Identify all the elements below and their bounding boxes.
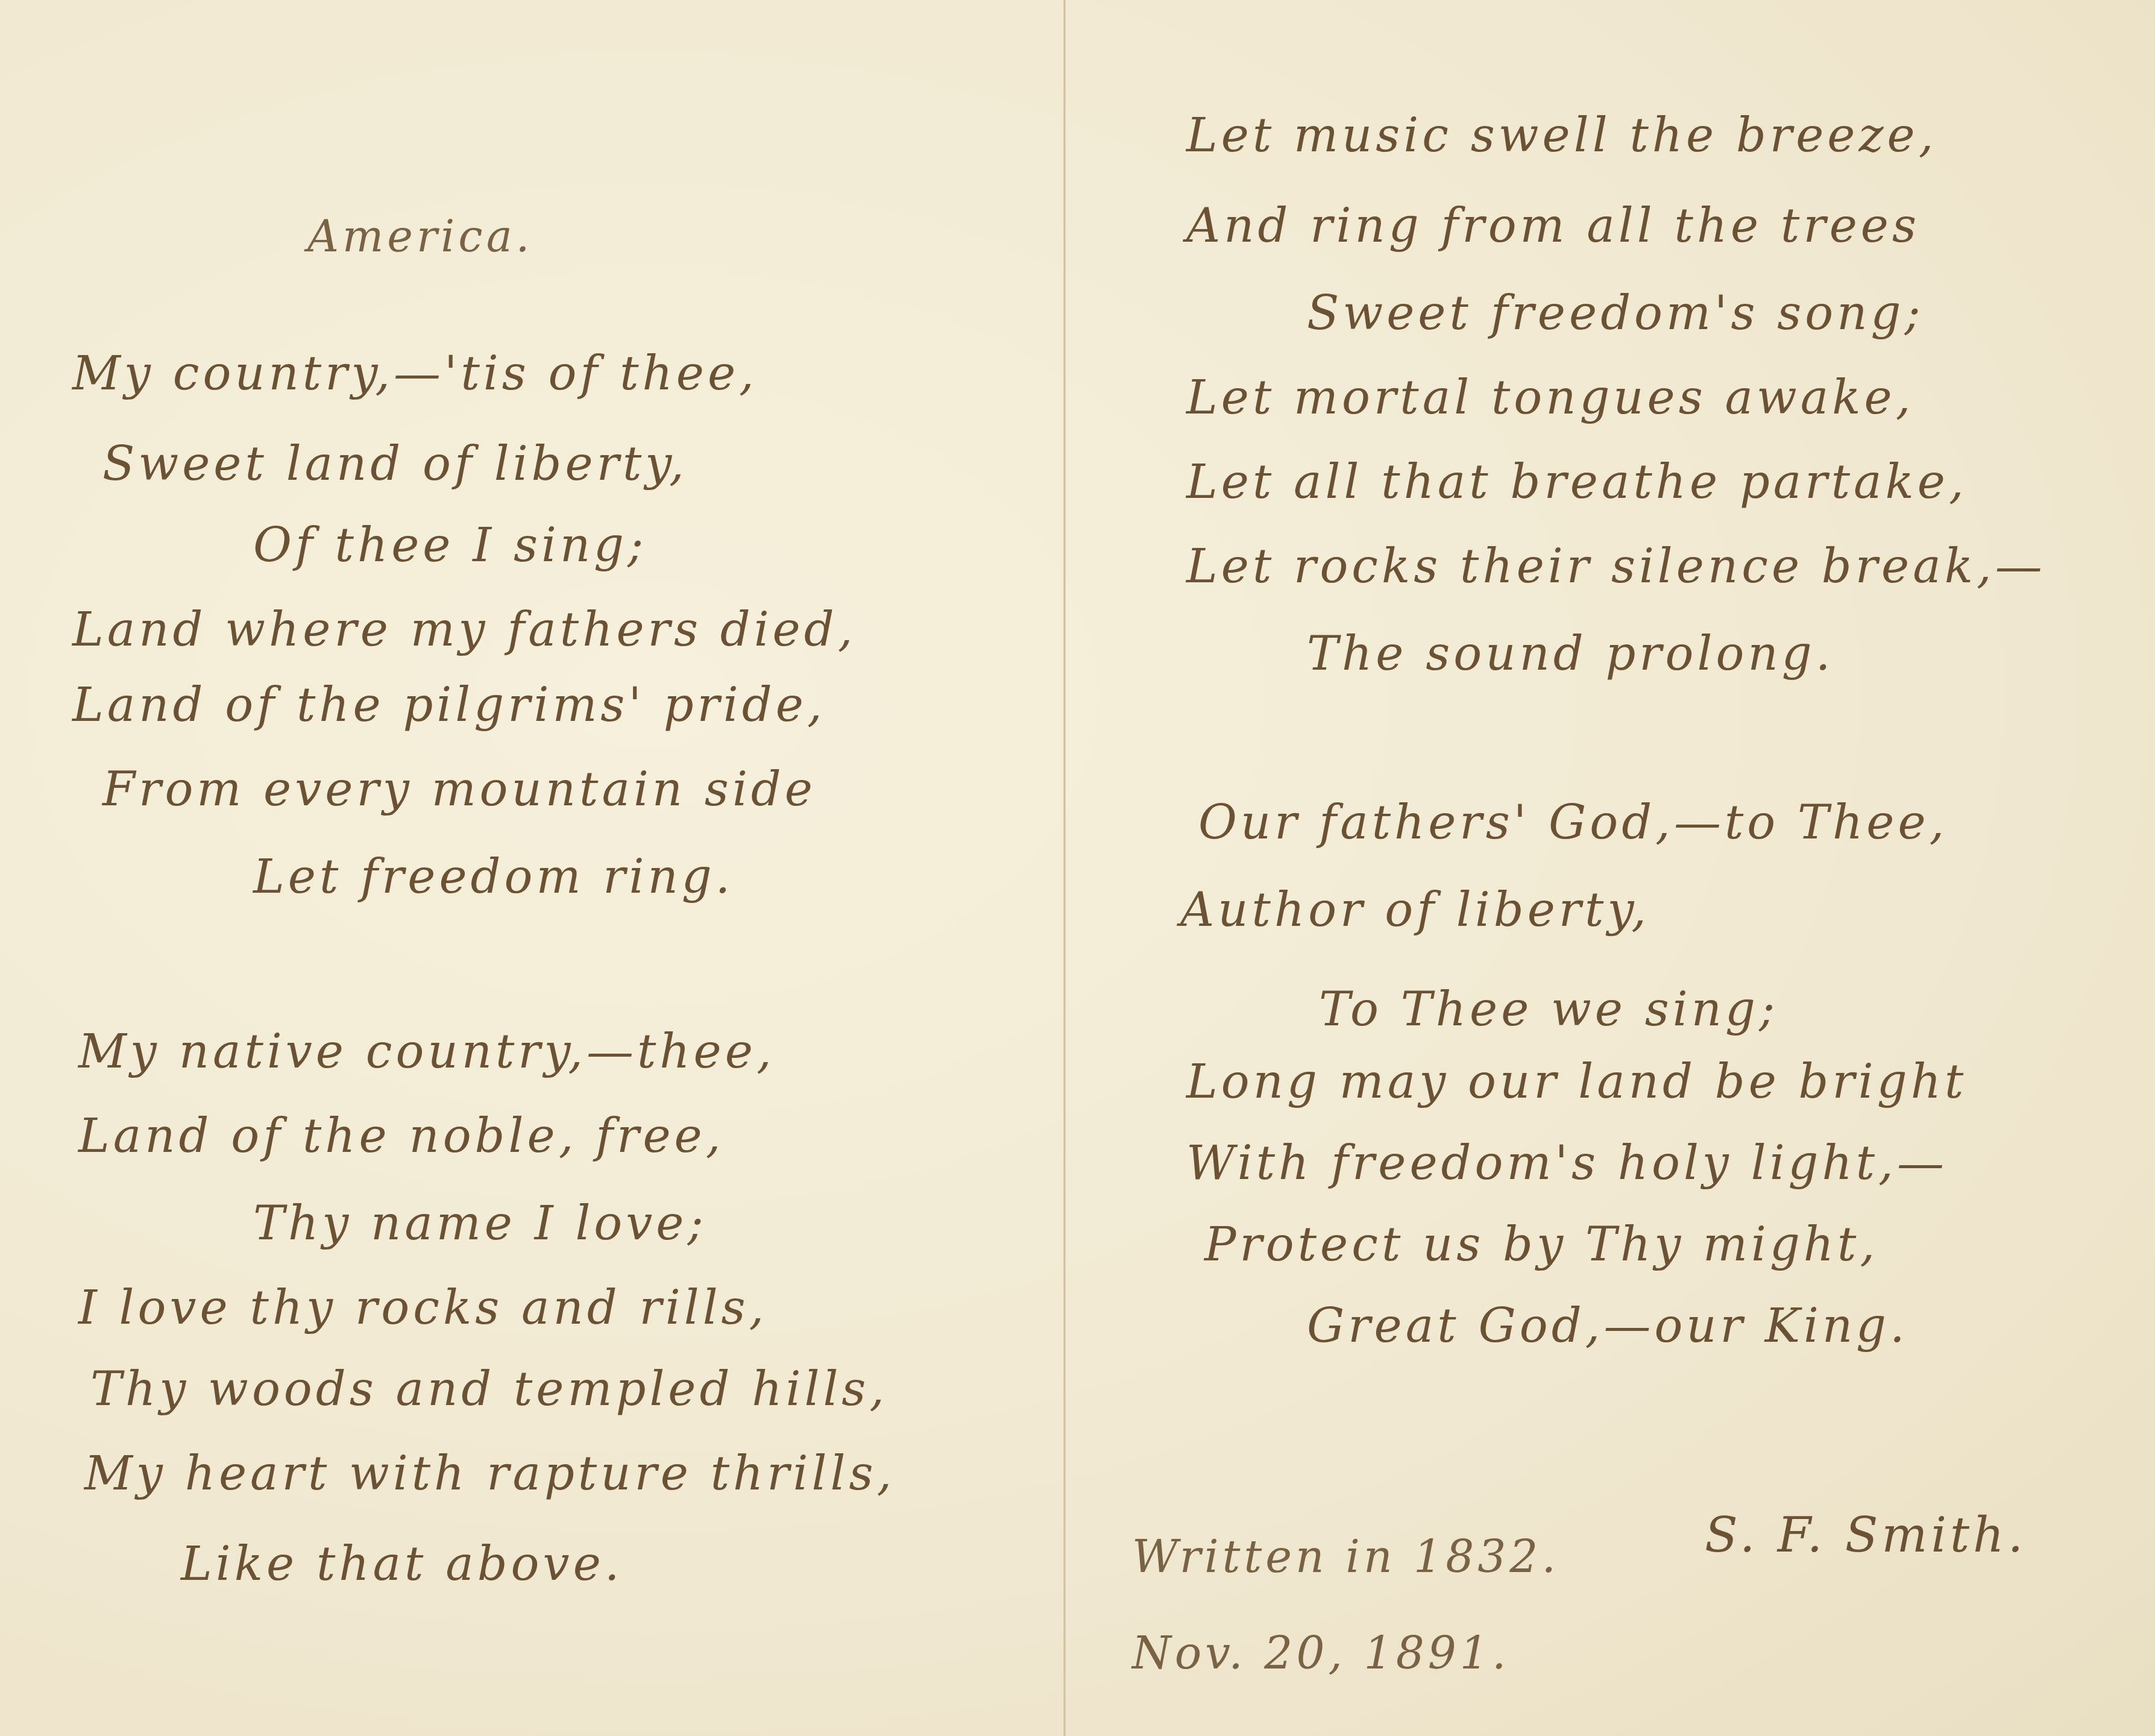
poem-line: Let all that breathe partake,	[1186, 455, 1968, 509]
poem-line: Let mortal tongues awake,	[1186, 371, 1914, 425]
poem-line: Like that above.	[181, 1537, 623, 1591]
poem-line: Let freedom ring.	[253, 850, 734, 904]
poem-line: Protect us by Thy might,	[1204, 1218, 1878, 1272]
written-note: Written in 1832.	[1132, 1531, 1559, 1583]
poem-line: Thy name I love;	[253, 1197, 707, 1251]
poem-line: And ring from all the trees	[1186, 199, 1920, 253]
poem-line: Sweet land of liberty,	[102, 437, 688, 491]
date-line: Nov. 20, 1891.	[1132, 1627, 1509, 1679]
poem-line: Land of the pilgrims' pride,	[72, 678, 826, 732]
poem-line: My native country,—thee,	[78, 1025, 775, 1079]
poem-line: Let music swell the breeze,	[1186, 108, 1937, 163]
left-page: America. My country,—'tis of thee, Sweet…	[0, 0, 1065, 1736]
manuscript-sheet: America. My country,—'tis of thee, Sweet…	[0, 0, 2155, 1736]
poem-line: Land of the noble, free,	[78, 1109, 725, 1163]
poem-line: Author of liberty,	[1180, 883, 1650, 937]
poem-line: From every mountain side	[102, 763, 816, 817]
poem-line: Great God,—our King.	[1307, 1299, 1908, 1353]
poem-title: America.	[307, 211, 533, 262]
poem-line: Let rocks their silence break,—	[1186, 539, 2046, 594]
poem-line: Thy woods and templed hills,	[90, 1362, 888, 1417]
poem-line: Of thee I sing;	[253, 518, 647, 573]
poem-line: Long may our land be bright	[1186, 1055, 1967, 1109]
poem-line: With freedom's holy light,—	[1186, 1136, 1948, 1190]
author-signature: S. F. Smith.	[1705, 1507, 2027, 1563]
poem-line: Sweet freedom's song;	[1307, 286, 1924, 341]
poem-line: The sound prolong.	[1307, 627, 1834, 681]
poem-line: To Thee we sing;	[1319, 983, 1778, 1037]
poem-line: Our fathers' God,—to Thee,	[1198, 796, 1948, 850]
poem-line: Land where my fathers died,	[72, 603, 856, 657]
right-page: Let music swell the breeze, And ring fro…	[1066, 0, 2155, 1736]
poem-line: I love thy rocks and rills,	[78, 1281, 767, 1335]
poem-line: My heart with rapture thrills,	[84, 1447, 895, 1501]
poem-line: My country,—'tis of thee,	[72, 347, 758, 401]
